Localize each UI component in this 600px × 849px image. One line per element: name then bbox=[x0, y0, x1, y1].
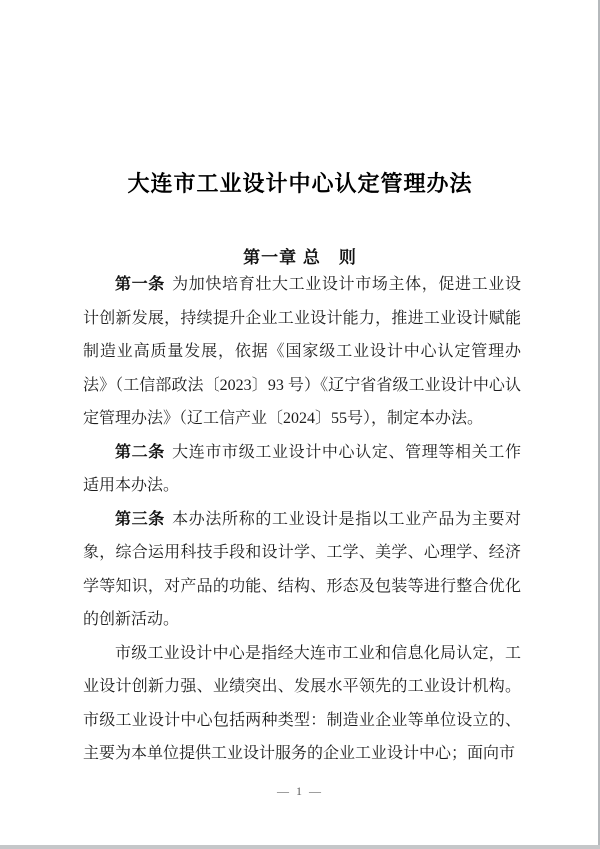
document-page: 大连市工业设计中心认定管理办法 第一章 总 则 第一条为加快培育壮大工业设计市场… bbox=[0, 0, 600, 849]
scan-edge-bottom bbox=[0, 845, 600, 849]
article-3-continuation-text: 市级工业设计中心是指经大连市工业和信息化局认定，工业设计创新力强、业绩突出、发展… bbox=[83, 645, 521, 763]
document-title: 大连市工业设计中心认定管理办法 bbox=[0, 167, 600, 198]
article-2-paragraph: 第二条大连市市级工业设计中心认定、管理等相关工作适用本办法。 bbox=[83, 436, 521, 503]
article-3-label: 第三条 bbox=[115, 511, 165, 528]
page-number: — 1 — bbox=[0, 784, 600, 799]
chapter-heading: 第一章 总 则 bbox=[0, 243, 600, 268]
document-body: 第一条为加快培育壮大工业设计市场主体，促进工业设计创新发展，持续提升企业工业设计… bbox=[83, 268, 521, 771]
article-1-text: 为加快培育壮大工业设计市场主体，促进工业设计创新发展，持续提升企业工业设计能力，… bbox=[83, 276, 521, 427]
article-3-paragraph: 第三条本办法所称的工业设计是指以工业产品为主要对象，综合运用科技手段和设计学、工… bbox=[83, 503, 521, 637]
article-3-continuation-paragraph: 市级工业设计中心是指经大连市工业和信息化局认定，工业设计创新力强、业绩突出、发展… bbox=[83, 637, 521, 771]
article-1-paragraph: 第一条为加快培育壮大工业设计市场主体，促进工业设计创新发展，持续提升企业工业设计… bbox=[83, 268, 521, 436]
article-2-label: 第二条 bbox=[115, 444, 165, 461]
article-1-label: 第一条 bbox=[115, 276, 165, 293]
article-3-text: 本办法所称的工业设计是指以工业产品为主要对象，综合运用科技手段和设计学、工学、美… bbox=[83, 511, 521, 629]
